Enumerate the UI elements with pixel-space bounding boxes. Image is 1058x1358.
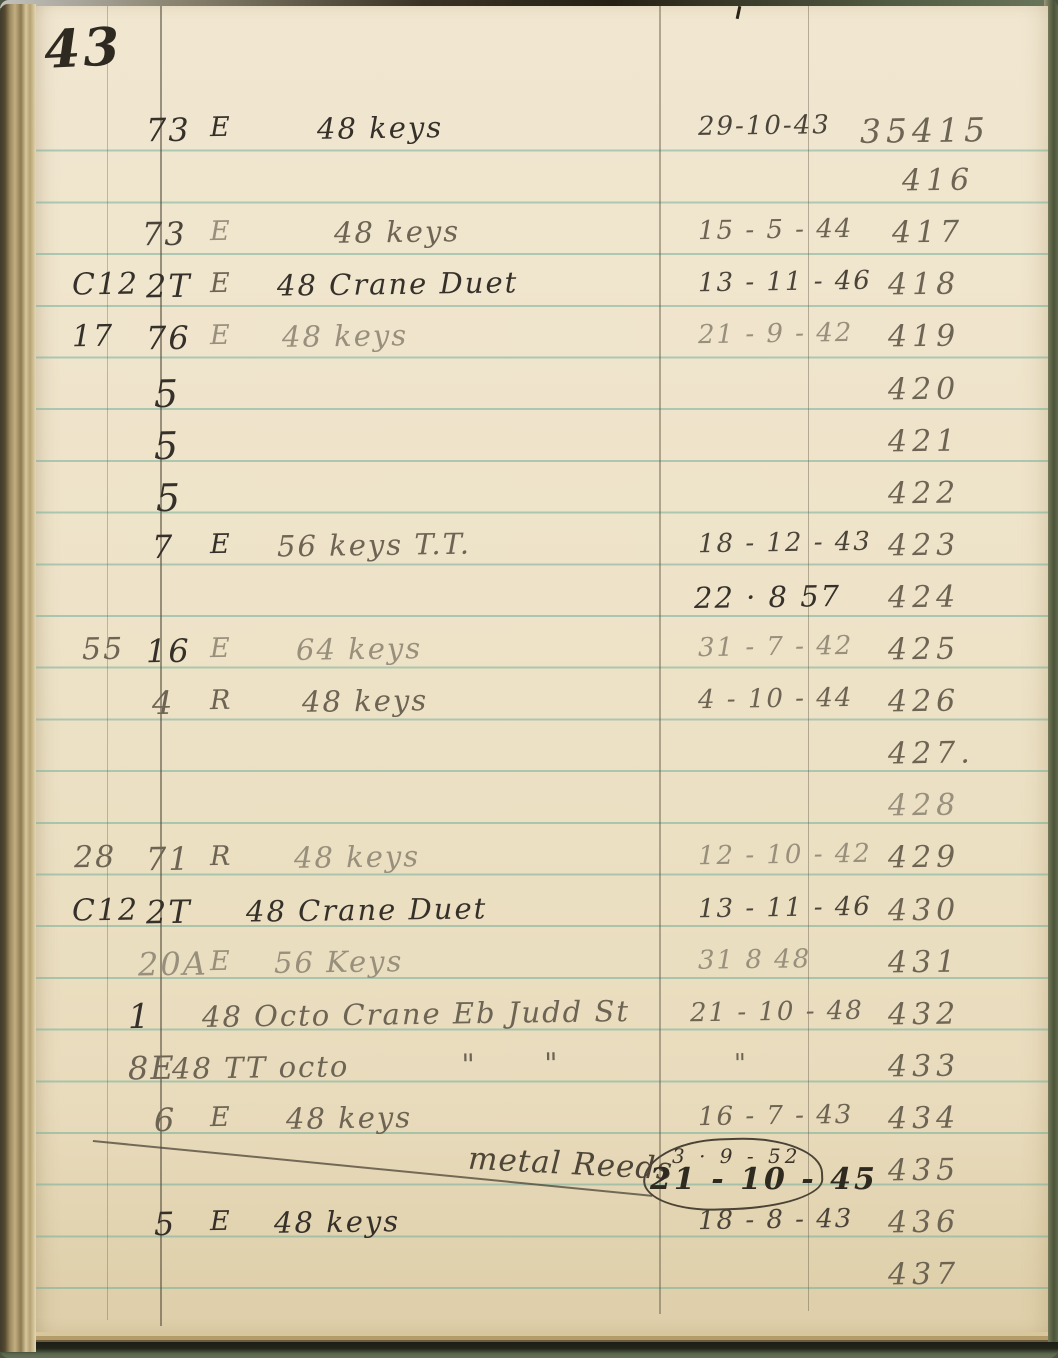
serial-cell: 430 bbox=[888, 893, 961, 929]
page-number: 43 bbox=[42, 16, 123, 81]
serial-cell: 425 bbox=[888, 632, 961, 668]
model-cell: 6 bbox=[154, 1102, 177, 1139]
model-cell: 4 bbox=[152, 685, 175, 722]
model-cell: 71 bbox=[146, 841, 191, 878]
serial-cell: 422 bbox=[888, 476, 961, 512]
serial-cell: 433 bbox=[888, 1049, 961, 1085]
date-cell: 12 - 10 - 42 bbox=[698, 840, 872, 872]
model-prefix-cell: 28 bbox=[74, 841, 117, 876]
serial-cell: 432 bbox=[888, 997, 961, 1033]
model-cell: 73 bbox=[142, 216, 187, 253]
serial-cell: 429 bbox=[888, 841, 961, 877]
serial-cell: 434 bbox=[888, 1101, 961, 1137]
serial-cell: 420 bbox=[888, 372, 961, 408]
type-code-cell: E bbox=[210, 112, 232, 143]
date-cell: 18 - 12 - 43 bbox=[698, 528, 872, 560]
model-cell: 16 bbox=[146, 633, 191, 670]
type-code-cell: E bbox=[210, 216, 232, 247]
serial-cell: 35415 bbox=[860, 111, 991, 151]
description-cell: 48 keys bbox=[317, 111, 444, 146]
type-code-cell: E bbox=[210, 1206, 232, 1237]
description-cell: 48 TT octo " " bbox=[172, 1047, 560, 1086]
date-cell: 4 - 10 - 44 bbox=[698, 684, 854, 716]
type-code-cell: E bbox=[210, 1102, 232, 1133]
serial-cell: 431 bbox=[888, 945, 961, 981]
date-cell: " bbox=[734, 1050, 748, 1080]
type-code-cell: E bbox=[210, 633, 232, 664]
date-cell: 22 · 8 57 bbox=[694, 580, 842, 615]
date-cell: 31 8 48 bbox=[698, 945, 812, 976]
serial-cell: 424 bbox=[888, 580, 961, 616]
serial-cell: 416 bbox=[902, 164, 975, 200]
model-cell: 5 bbox=[154, 372, 181, 416]
date-cell: 13 - 11 - 46 bbox=[698, 267, 872, 299]
model-cell: 7 bbox=[152, 529, 175, 566]
serial-cell: 435 bbox=[888, 1153, 961, 1189]
model-prefix-cell: C12 bbox=[72, 268, 140, 303]
description-cell: 48 keys bbox=[302, 684, 429, 719]
description-cell: 48 keys bbox=[274, 1205, 401, 1240]
model-cell: 1 bbox=[128, 998, 152, 1037]
description-cell: 48 Crane Duet bbox=[277, 267, 519, 304]
serial-cell: 418 bbox=[888, 268, 961, 304]
serial-cell: 423 bbox=[888, 528, 961, 564]
type-code-cell: E bbox=[210, 320, 232, 351]
model-cell: 2T bbox=[146, 268, 192, 305]
date-cell: 15 - 5 - 44 bbox=[698, 215, 854, 247]
column-divider-3 bbox=[659, 6, 661, 1314]
description-cell: 64 keys bbox=[296, 632, 423, 667]
date-cell: 31 - 7 - 42 bbox=[698, 632, 854, 664]
circled-date-main: 21 - 10 - 45 bbox=[650, 1162, 878, 1197]
description-cell: 56 keys T.T. bbox=[277, 527, 471, 563]
model-cell: 5 bbox=[154, 424, 181, 468]
type-code-cell: R bbox=[210, 685, 233, 716]
book-spine-edge bbox=[0, 4, 36, 1352]
serial-cell: 417 bbox=[892, 216, 965, 252]
model-cell: 76 bbox=[146, 320, 191, 357]
date-cell: 29-10-43 bbox=[698, 111, 831, 143]
ledger-page: 73E48 keys29-10-433541541673E48 keys15 -… bbox=[34, 6, 1048, 1332]
model-cell: 73 bbox=[146, 112, 191, 149]
description-cell: 48 Crane Duet bbox=[246, 892, 488, 929]
date-cell: 13 - 11 - 46 bbox=[698, 892, 872, 924]
type-code-cell: R bbox=[210, 841, 233, 872]
type-code-cell: E bbox=[210, 529, 232, 560]
scan-edge-bottom bbox=[0, 1342, 1058, 1358]
description-cell: 48 keys bbox=[282, 320, 409, 355]
serial-cell: 421 bbox=[888, 424, 961, 460]
model-prefix-cell: 17 bbox=[72, 320, 115, 355]
serial-cell: 426 bbox=[888, 685, 961, 721]
description-cell: 48 keys bbox=[334, 215, 461, 250]
type-code-cell: E bbox=[210, 945, 232, 976]
serial-cell: 419 bbox=[888, 320, 961, 356]
serial-cell: 427. bbox=[888, 737, 975, 773]
date-cell: 21 - 9 - 42 bbox=[698, 319, 854, 351]
model-cell: 5 bbox=[154, 1206, 177, 1243]
description-cell: 48 keys bbox=[286, 1101, 413, 1136]
model-cell: 8E bbox=[128, 1049, 176, 1086]
description-cell: 48 Octo Crane Eb Judd St bbox=[202, 995, 630, 1034]
model-prefix-cell: C12 bbox=[72, 893, 140, 928]
description-cell: 48 keys bbox=[294, 841, 421, 876]
date-cell: 16 - 7 - 43 bbox=[698, 1101, 854, 1133]
serial-cell: 437 bbox=[888, 1258, 961, 1294]
model-cell: 5 bbox=[156, 477, 183, 521]
serial-cell: 436 bbox=[888, 1206, 961, 1242]
model-prefix-cell: 55 bbox=[82, 633, 125, 668]
date-cell: 21 - 10 - 48 bbox=[690, 996, 864, 1028]
model-cell: 20A bbox=[138, 945, 208, 983]
model-cell: 2T bbox=[146, 893, 192, 930]
scanned-ledger-document: 73E48 keys29-10-433541541673E48 keys15 -… bbox=[0, 0, 1058, 1358]
type-code-cell: E bbox=[210, 268, 232, 299]
description-cell: 56 Keys bbox=[274, 945, 404, 980]
serial-cell: 428 bbox=[888, 789, 961, 825]
